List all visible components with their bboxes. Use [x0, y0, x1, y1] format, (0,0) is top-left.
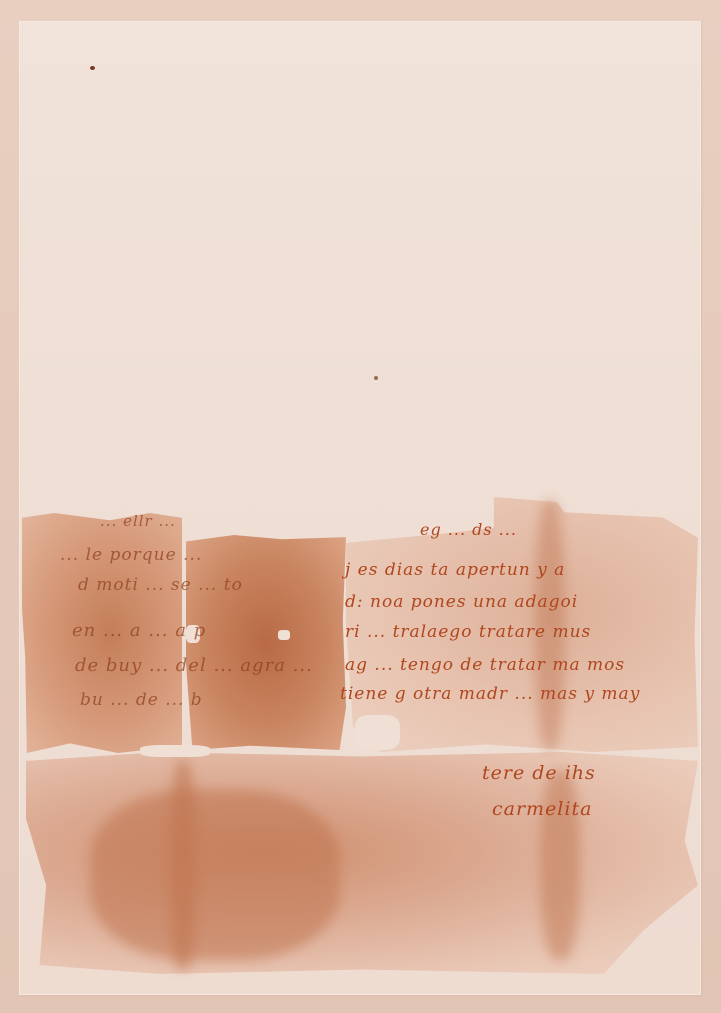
text-line: tiene g otra madr ... mas y may	[340, 684, 640, 704]
text-line: d: noa pones una adagoi	[345, 592, 578, 612]
water-stain	[90, 790, 340, 960]
text-line: ... ellr ...	[100, 512, 176, 530]
ink-speck	[374, 376, 378, 380]
signature-title: carmelita	[492, 798, 592, 820]
text-line: j es dias ta apertun y a	[345, 560, 565, 580]
text-line: ... le porque ...	[60, 545, 202, 565]
text-line: ri ... tralaego tratare mus	[345, 622, 591, 642]
paper-hole	[355, 715, 400, 750]
ink-speck	[90, 66, 95, 70]
water-stain-fold	[170, 760, 196, 970]
text-line: d moti ... se ... to	[78, 575, 243, 595]
paper-hole	[140, 745, 210, 757]
signature-name: tere de ihs	[482, 762, 596, 784]
text-line: de buy ... del ... agra ...	[75, 655, 313, 676]
paper-hole	[278, 630, 290, 640]
text-line: en ... a ... a p	[72, 620, 206, 641]
manuscript-fragment-middle	[186, 535, 346, 750]
text-line: eg ... ds ...	[420, 520, 517, 539]
text-line: bu ... de ... b	[80, 690, 203, 710]
text-line: ag ... tengo de tratar ma mos	[345, 655, 625, 675]
